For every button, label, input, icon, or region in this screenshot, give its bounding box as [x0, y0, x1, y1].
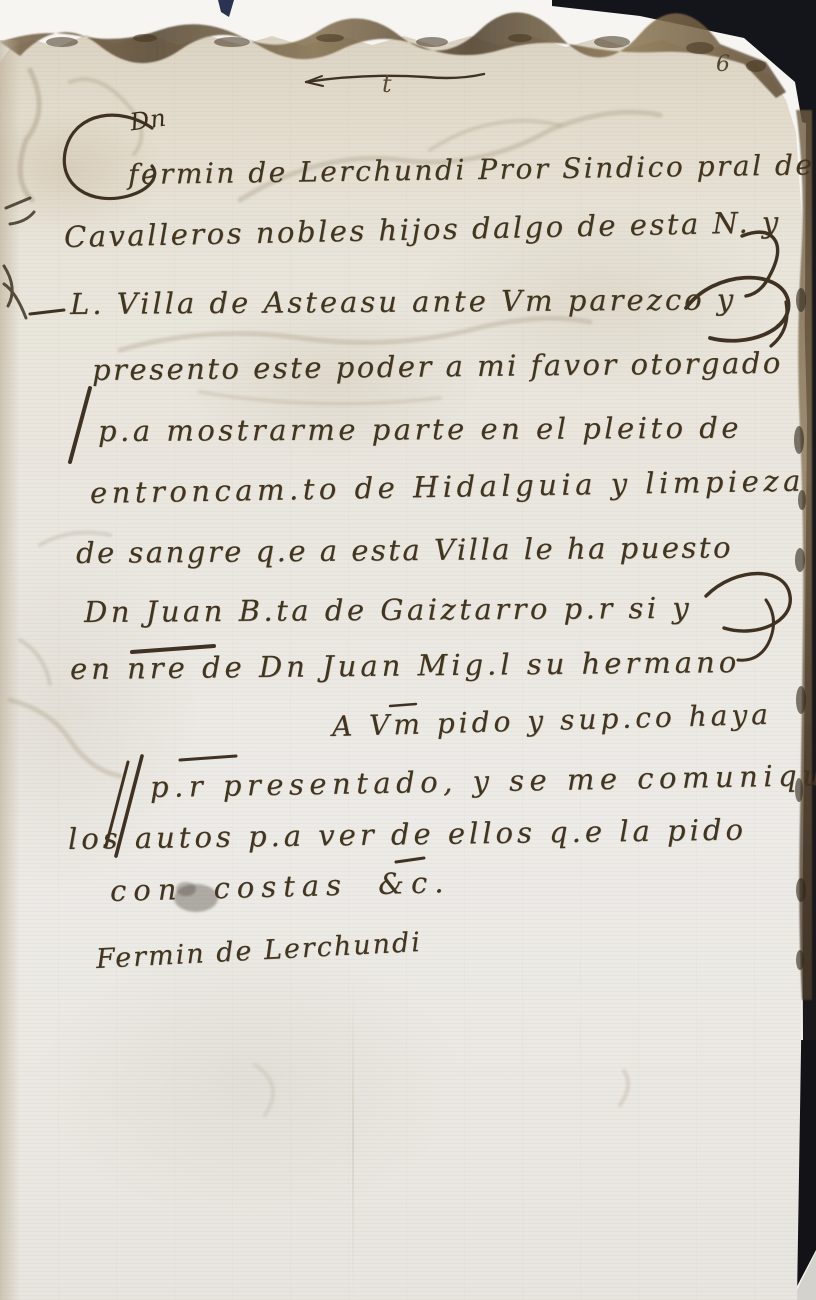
- initial-abbreviation: Dn: [128, 104, 168, 137]
- scanned-manuscript-page: 6 t Dn fermin de Lerchundi Pror Sindico …: [0, 0, 816, 1300]
- backdrop-navy-mark: [218, 0, 234, 17]
- paper-crease: [352, 980, 354, 1300]
- header-cross-mark: t: [382, 70, 392, 98]
- manuscript-line: p.a mostrarme parte en el pleito de: [98, 411, 742, 448]
- page-number: 6: [716, 52, 730, 77]
- manuscript-line: en nre de Dn Juan Mig.l su hermano: [70, 645, 741, 686]
- manuscript-line: presento este poder a mi favor otorgado: [92, 346, 783, 387]
- manuscript-line: L. Villa de Asteasu ante Vm parezco y: [70, 282, 736, 321]
- manuscript-line: Dn Juan B.ta de Gaiztarro p.r si y: [84, 591, 692, 629]
- manuscript-line: de sangre q.e a esta Villa le ha puesto: [76, 530, 733, 570]
